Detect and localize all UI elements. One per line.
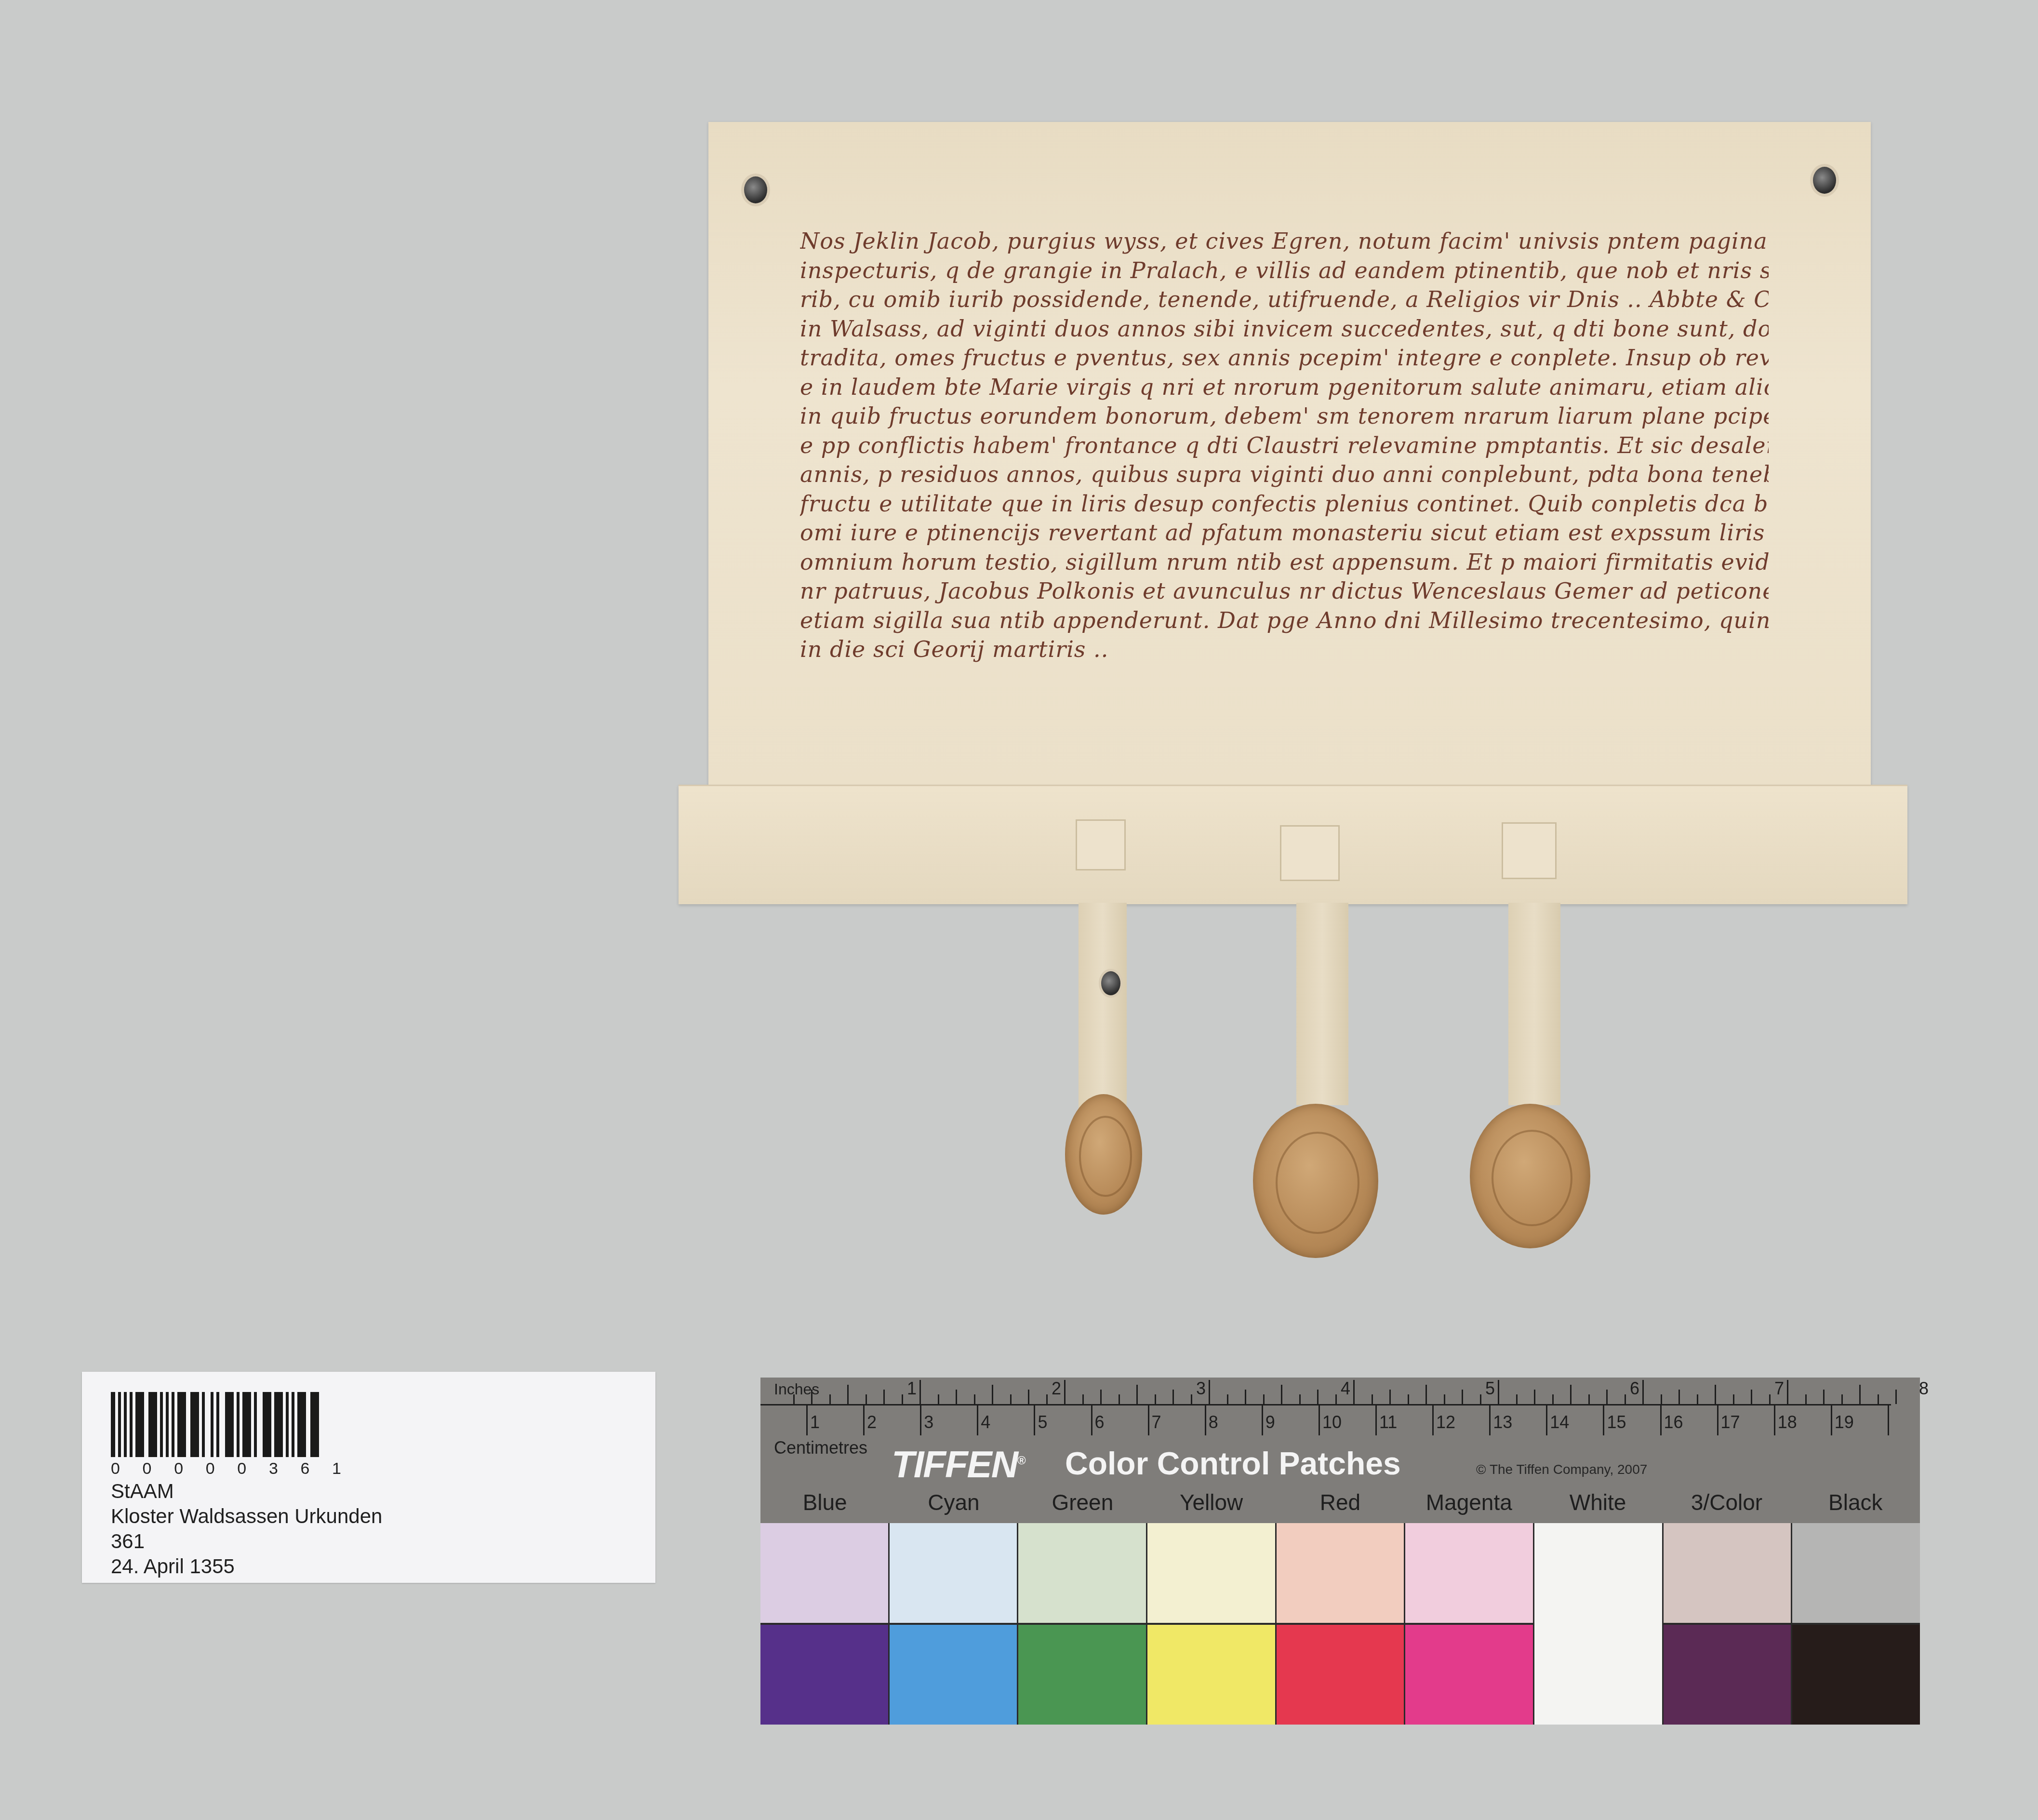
patch-light <box>890 1523 1017 1623</box>
cm-tick-label: 4 <box>981 1412 990 1432</box>
cm-tick-label: 12 <box>1436 1412 1455 1432</box>
barcode-digits: 00000361 <box>111 1459 342 1478</box>
manuscript-line: nr patruus, Jacobus Polkonis et avunculu… <box>800 576 1769 606</box>
collection-name: Kloster Waldsassen Urkunden <box>111 1505 382 1528</box>
cm-tick-label: 8 <box>1209 1412 1218 1432</box>
patch-column-red <box>1277 1523 1406 1725</box>
patch-name: White <box>1533 1489 1662 1515</box>
wax-seal-3 <box>1470 1104 1590 1248</box>
barcode-digit: 0 <box>237 1459 247 1478</box>
patch-dark <box>1534 1624 1662 1725</box>
mounting-pin-icon <box>741 174 770 206</box>
document-date: 24. April 1355 <box>111 1555 235 1578</box>
patch-column-yellow <box>1147 1523 1277 1725</box>
wax-seal-1 <box>1065 1094 1142 1215</box>
inch-tick-label: 8 <box>1919 1378 1929 1399</box>
cm-tick-label: 5 <box>1038 1412 1047 1432</box>
charter-text: Nos Jeklin Jacob, purgius wyss, et cives… <box>800 227 1769 664</box>
manuscript-line: omnium horum testio, sigillum nrum ntib … <box>800 548 1769 577</box>
patch-column-cyan <box>890 1523 1019 1725</box>
barcode <box>111 1392 342 1457</box>
patch-light <box>1792 1523 1920 1623</box>
cm-tick-label: 3 <box>924 1412 933 1432</box>
inch-tick-label: 1 <box>907 1378 917 1399</box>
patch-dark <box>1405 1623 1533 1725</box>
cm-tick-label: 1 <box>810 1412 820 1432</box>
archive-label: 00000361 StAAM Kloster Waldsassen Urkund… <box>82 1372 655 1583</box>
patch-name: Magenta <box>1405 1489 1533 1515</box>
document-number: 361 <box>111 1530 145 1553</box>
cm-tick-label: 18 <box>1778 1412 1797 1432</box>
manuscript-line: fructu e utilitate que in liris desup co… <box>800 489 1769 519</box>
patch-dark <box>890 1623 1017 1725</box>
cm-tick-label: 13 <box>1493 1412 1512 1432</box>
barcode-digit: 3 <box>269 1459 279 1478</box>
inch-tick-label: 4 <box>1341 1378 1350 1399</box>
cm-tick-label: 16 <box>1664 1412 1683 1432</box>
patch-light <box>1147 1523 1275 1623</box>
patch-names: BlueCyanGreenYellowRedMagentaWhite3/Colo… <box>760 1489 1920 1515</box>
cm-tick-label: 7 <box>1152 1412 1161 1432</box>
cm-tick-label: 6 <box>1095 1412 1105 1432</box>
manuscript-line: tradita, omes fructus e pventus, sex ann… <box>800 343 1769 373</box>
patch-dark <box>1277 1623 1404 1725</box>
patch-name: Black <box>1791 1489 1920 1515</box>
cm-tick-label: 2 <box>867 1412 877 1432</box>
barcode-digit: 0 <box>206 1459 216 1478</box>
seal-slot <box>1502 822 1557 879</box>
patch-column-black <box>1792 1523 1920 1725</box>
inch-tick-label: 7 <box>1774 1378 1784 1399</box>
patch-light <box>1405 1523 1533 1623</box>
tiffen-logo: TIFFEN® <box>892 1443 1025 1486</box>
patch-light <box>1018 1523 1146 1623</box>
patch-name: Cyan <box>889 1489 1018 1515</box>
patch-dark <box>760 1623 888 1725</box>
manuscript-line: e pp conflictis habem' frontance q dti C… <box>800 431 1769 460</box>
seal-slot <box>1076 819 1126 870</box>
patch-name: Green <box>1018 1489 1147 1515</box>
manuscript-line: e in laudem bte Marie virgis q nri et nr… <box>800 373 1769 402</box>
manuscript-line: etiam sigilla sua ntib appenderunt. Dat … <box>800 606 1769 635</box>
seal-tag-strip <box>1079 903 1127 1115</box>
mounting-pin-icon <box>1810 164 1839 197</box>
manuscript-line: in quib fructus eorundem bonorum, debem'… <box>800 401 1769 431</box>
patch-dark <box>1792 1623 1920 1725</box>
patch-light <box>1277 1523 1404 1623</box>
mounting-pin-icon <box>1099 969 1123 998</box>
barcode-digit: 0 <box>143 1459 153 1478</box>
barcode-digit: 6 <box>300 1459 310 1478</box>
ruler-cm-label: Centimetres <box>774 1438 867 1458</box>
inch-tick-label: 3 <box>1196 1378 1206 1399</box>
cm-tick-label: 19 <box>1835 1412 1854 1432</box>
patch-name: Blue <box>760 1489 889 1515</box>
card-title: Color Control Patches <box>1065 1445 1401 1482</box>
patch-grid <box>760 1523 1920 1725</box>
manuscript-line: in Walsass, ad viginti duos annos sibi i… <box>800 314 1769 344</box>
patch-dark <box>1664 1623 1791 1725</box>
cm-tick-label: 11 <box>1379 1412 1397 1432</box>
barcode-digit: 1 <box>332 1459 342 1478</box>
seal-tag-strip <box>1508 903 1560 1105</box>
manuscript-line: rib, cu omib iurib possidende, tenende, … <box>800 285 1769 314</box>
inch-tick-label: 2 <box>1052 1378 1061 1399</box>
wax-seal-2 <box>1253 1104 1378 1258</box>
archive-name: StAAM <box>111 1480 174 1503</box>
patch-dark <box>1147 1623 1275 1725</box>
cm-tick-label: 9 <box>1265 1412 1275 1432</box>
patch-dark <box>1018 1623 1146 1725</box>
manuscript-line: Nos Jeklin Jacob, purgius wyss, et cives… <box>800 227 1769 256</box>
patch-column-white <box>1534 1523 1664 1725</box>
seal-tag-strip <box>1296 903 1348 1105</box>
patch-light <box>1664 1523 1791 1623</box>
patch-column-green <box>1018 1523 1147 1725</box>
seal-slot <box>1280 825 1340 881</box>
cm-tick-label: 10 <box>1322 1412 1342 1432</box>
inch-tick-label: 6 <box>1630 1378 1639 1399</box>
cm-tick-label: 17 <box>1721 1412 1740 1432</box>
cm-tick-label: 14 <box>1550 1412 1569 1432</box>
patch-light <box>1534 1523 1662 1624</box>
ruler-inches-label: Inches <box>774 1380 819 1398</box>
barcode-digit: 0 <box>174 1459 184 1478</box>
patch-column-magenta <box>1405 1523 1534 1725</box>
patch-name: Yellow <box>1147 1489 1276 1515</box>
inch-tick-label: 5 <box>1485 1378 1495 1399</box>
cm-tick-label: 15 <box>1607 1412 1626 1432</box>
patch-name: Red <box>1276 1489 1404 1515</box>
patch-light <box>760 1523 888 1623</box>
patch-column-blue <box>760 1523 890 1725</box>
manuscript-line: inspecturis, q de grangie in Pralach, e … <box>800 256 1769 285</box>
patch-name: 3/Color <box>1662 1489 1791 1515</box>
manuscript-line: in die sci Georij martiris .. <box>800 635 1769 664</box>
card-copyright: © The Tiffen Company, 2007 <box>1476 1462 1647 1477</box>
ruler: Inches 123456781234567891011121314151617… <box>760 1378 1920 1438</box>
manuscript-line: omi iure e ptinencijs revertant ad pfatu… <box>800 518 1769 548</box>
patch-column-3-color <box>1664 1523 1793 1725</box>
manuscript-line: annis, p residuos annos, quibus supra vi… <box>800 460 1769 489</box>
color-control-card: Inches 123456781234567891011121314151617… <box>760 1378 1920 1725</box>
barcode-digit: 0 <box>111 1459 121 1478</box>
